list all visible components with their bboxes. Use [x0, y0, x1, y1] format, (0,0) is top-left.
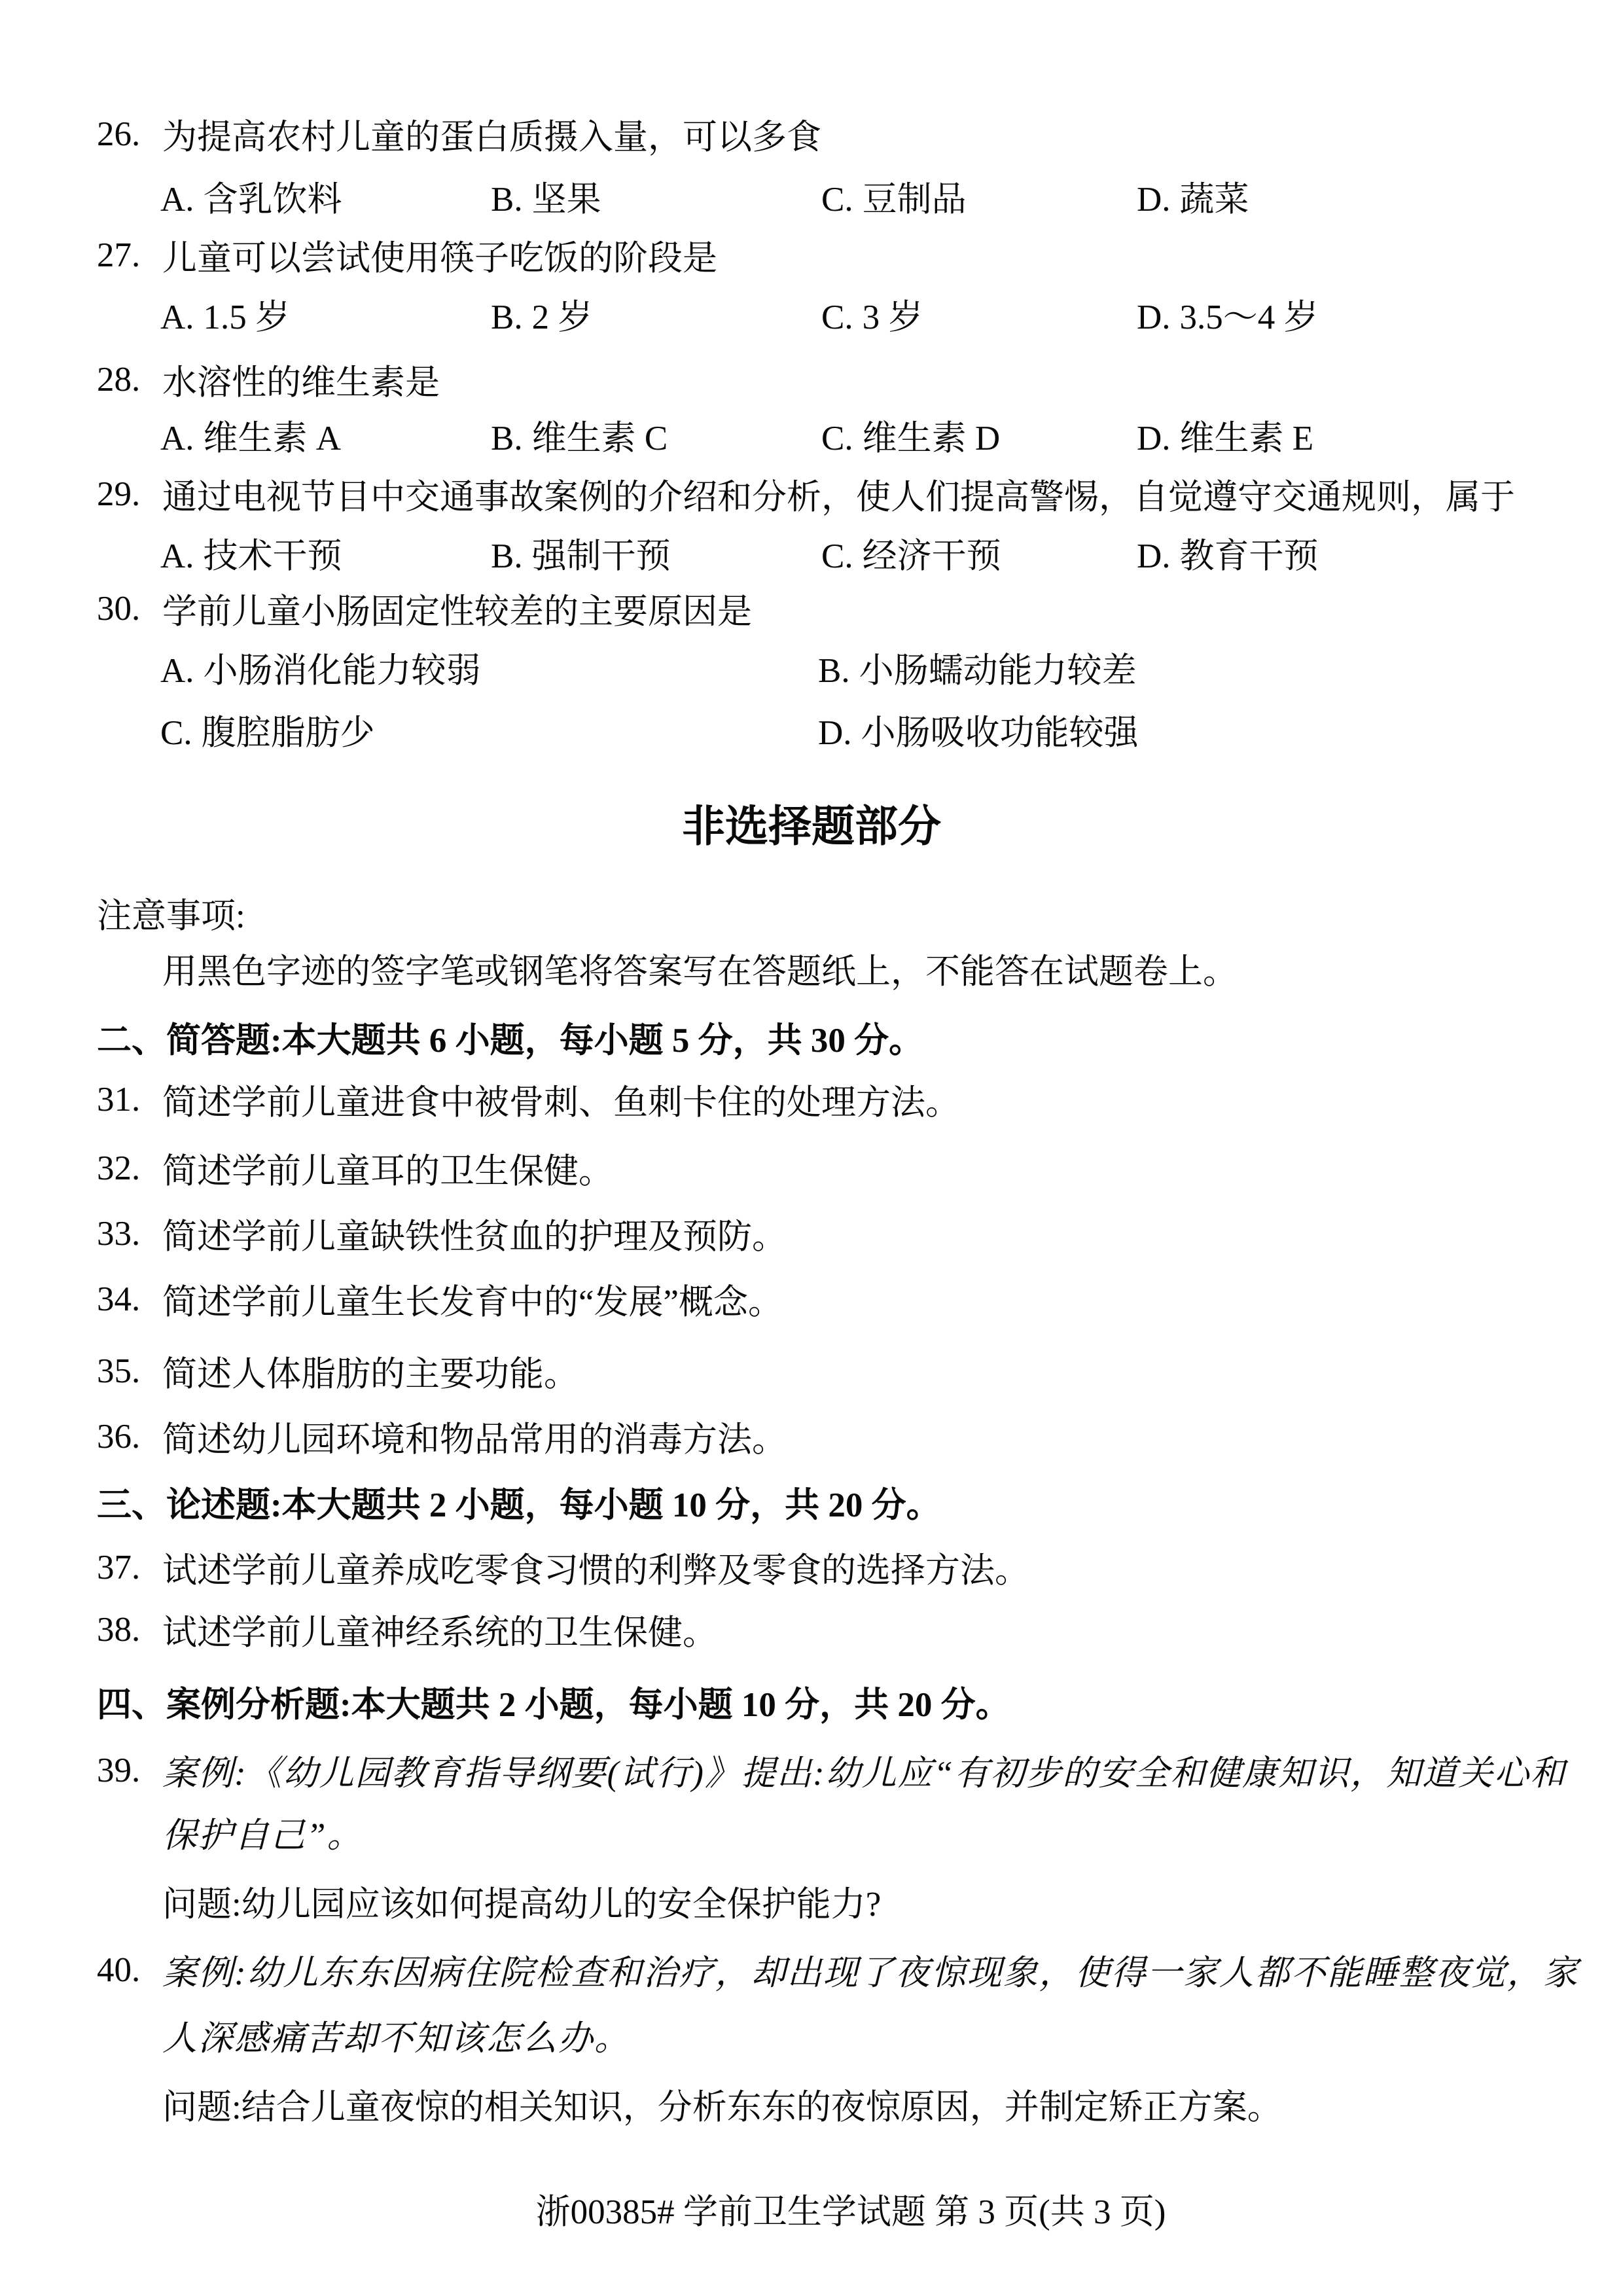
- option-a: A.1.5 岁: [160, 289, 290, 339]
- option-c: C.经济干预: [821, 528, 1001, 578]
- option-label: C.: [821, 298, 853, 336]
- question-text: 简述学前儿童耳的卫生保健。: [162, 1143, 613, 1193]
- option-text: 小肠吸收功能较强: [861, 714, 1139, 752]
- option-text: 维生素 E: [1180, 420, 1314, 457]
- case-question-text: 问题:幼儿园应该如何提高幼儿的安全保护能力?: [162, 1876, 881, 1926]
- option-text: 小肠消化能力较弱: [204, 652, 481, 690]
- question-27-options-row: A.1.5 岁 B.2 岁 C.3 岁 D.3.5～4 岁: [0, 293, 1623, 335]
- question-number: 40.: [97, 1950, 162, 1990]
- section-header-text: 二、简答题:本大题共 6 小题，每小题 5 分，共 30 分。: [97, 1013, 923, 1062]
- option-text: 强制干预: [532, 537, 671, 575]
- notice-label: 注意事项:: [97, 888, 245, 938]
- question-34-line: 34. 简述学前儿童生长发育中的“发展”概念。: [97, 1278, 783, 1320]
- question-30-options-row-2: C.腹腔脂肪少 D.小肠吸收功能较强: [0, 709, 1623, 751]
- question-29-options-row: A.技术干预 B.强制干预 C.经济干预 D.教育干预: [0, 532, 1623, 574]
- option-text: 教育干预: [1180, 537, 1319, 575]
- question-37-line: 37. 试述学前儿童养成吃零食习惯的利弊及零食的选择方法。: [97, 1547, 1029, 1588]
- option-c: C.维生素 D: [821, 410, 1000, 460]
- question-number: 31.: [97, 1080, 162, 1119]
- option-text: 1.5 岁: [204, 298, 291, 336]
- question-number: 26.: [97, 115, 162, 154]
- option-label: A.: [160, 420, 194, 457]
- question-stem: 学前儿童小肠固定性较差的主要原因是: [162, 584, 752, 634]
- case-text: 案例:幼儿东东因病住院检查和治疗，却出现了夜惊现象，使得一家人都不能睡整夜觉，家: [162, 1945, 1579, 1995]
- question-40-case-line-2: 人深感痛苦却不知该怎么办。: [162, 2015, 630, 2056]
- option-a: A.维生素 A: [160, 410, 341, 460]
- question-36-line: 36. 简述幼儿园环境和物品常用的消毒方法。: [97, 1416, 787, 1458]
- question-39-case-line-2: 保护自己”。: [162, 1812, 363, 1854]
- question-32-line: 32. 简述学前儿童耳的卫生保健。: [97, 1147, 613, 1189]
- option-label: B.: [491, 298, 523, 336]
- notice-label-line: 注意事项:: [97, 892, 245, 934]
- case-text: 人深感痛苦却不知该怎么办。: [162, 2011, 630, 2060]
- section-header-text: 四、案例分析题:本大题共 2 小题，每小题 10 分，共 20 分。: [97, 1677, 1010, 1727]
- option-d: D.蔬菜: [1137, 171, 1249, 221]
- option-text: 腹腔脂肪少: [202, 714, 375, 752]
- question-35-line: 35. 简述人体脂肪的主要功能。: [97, 1350, 579, 1392]
- question-number: 28.: [97, 360, 162, 399]
- option-label: D.: [818, 714, 852, 752]
- option-label: B.: [491, 420, 523, 457]
- question-40-question-line: 问题:结合儿童夜惊的相关知识，分析东东的夜惊原因，并制定矫正方案。: [162, 2083, 1282, 2125]
- option-label: B.: [818, 652, 850, 690]
- option-text: 坚果: [532, 181, 601, 219]
- question-number: 27.: [97, 236, 162, 275]
- option-label: A.: [160, 537, 194, 575]
- section-4-header: 四、案例分析题:本大题共 2 小题，每小题 10 分，共 20 分。: [97, 1681, 1010, 1723]
- question-number: 39.: [97, 1751, 162, 1790]
- option-text: 豆制品: [863, 181, 967, 219]
- case-text: 保护自己”。: [162, 1808, 363, 1857]
- question-number: 35.: [97, 1352, 162, 1391]
- question-text: 简述幼儿园环境和物品常用的消毒方法。: [162, 1412, 787, 1462]
- section-2-header: 二、简答题:本大题共 6 小题，每小题 5 分，共 30 分。: [97, 1016, 923, 1058]
- option-d: D.教育干预: [1137, 528, 1319, 578]
- option-label: D.: [1137, 537, 1171, 575]
- option-label: A.: [160, 298, 194, 336]
- question-number: 34.: [97, 1280, 162, 1319]
- exam-paper-page: 26. 为提高农村儿童的蛋白质摄入量，可以多食 A.含乳饮料 B.坚果 C.豆制…: [0, 0, 1623, 2296]
- question-text: 试述学前儿童神经系统的卫生保健。: [162, 1605, 717, 1655]
- question-stem: 水溶性的维生素是: [162, 355, 440, 404]
- question-28-stem-line: 28. 水溶性的维生素是: [97, 359, 440, 401]
- option-text: 3.5～4 岁: [1180, 298, 1319, 336]
- question-30-options-row-1: A.小肠消化能力较弱 B.小肠蠕动能力较差: [0, 647, 1623, 689]
- option-b: B.2 岁: [491, 289, 592, 339]
- question-number: 36.: [97, 1417, 162, 1456]
- question-text: 试述学前儿童养成吃零食习惯的利弊及零食的选择方法。: [162, 1543, 1029, 1592]
- section-3-header: 三、论述题:本大题共 2 小题，每小题 10 分，共 20 分。: [97, 1481, 941, 1523]
- option-b: B.维生素 C: [491, 410, 668, 460]
- case-question-text: 问题:结合儿童夜惊的相关知识，分析东东的夜惊原因，并制定矫正方案。: [162, 2079, 1282, 2129]
- option-text: 小肠蠕动能力较差: [859, 652, 1137, 690]
- option-text: 维生素 D: [863, 420, 1001, 457]
- option-a: A.技术干预: [160, 528, 342, 578]
- question-33-line: 33. 简述学前儿童缺铁性贫血的护理及预防。: [97, 1213, 787, 1255]
- option-b: B.小肠蠕动能力较差: [818, 643, 1137, 692]
- question-stem: 儿童可以尝试使用筷子吃饭的阶段是: [162, 230, 717, 280]
- option-label: D.: [1137, 420, 1171, 457]
- question-text: 简述人体脂肪的主要功能。: [162, 1346, 579, 1396]
- option-label: A.: [160, 181, 194, 219]
- option-text: 维生素 A: [204, 420, 342, 457]
- section-title: 非选择题部分: [0, 800, 1623, 855]
- question-number: 38.: [97, 1610, 162, 1649]
- notice-text: 用黑色字迹的签字笔或钢笔将答案写在答题纸上，不能答在试题卷上。: [162, 944, 1238, 994]
- option-a: A.小肠消化能力较弱: [160, 643, 481, 692]
- section-header-text: 三、论述题:本大题共 2 小题，每小题 10 分，共 20 分。: [97, 1477, 941, 1527]
- option-text: 经济干预: [863, 537, 1001, 575]
- option-label: D.: [1137, 181, 1171, 219]
- option-d: D.维生素 E: [1137, 410, 1313, 460]
- option-text: 维生素 C: [532, 420, 668, 457]
- question-38-line: 38. 试述学前儿童神经系统的卫生保健。: [97, 1609, 717, 1651]
- question-text: 简述学前儿童缺铁性贫血的护理及预防。: [162, 1209, 787, 1259]
- question-31-line: 31. 简述学前儿童进食中被骨刺、鱼刺卡住的处理方法。: [97, 1079, 960, 1121]
- question-number: 33.: [97, 1214, 162, 1253]
- option-label: C.: [821, 537, 853, 575]
- option-b: B.强制干预: [491, 528, 671, 578]
- option-c: C.豆制品: [821, 171, 967, 221]
- question-text: 简述学前儿童生长发育中的“发展”概念。: [162, 1274, 783, 1324]
- option-label: B.: [491, 181, 523, 219]
- question-26-options-row: A.含乳饮料 B.坚果 C.豆制品 D.蔬菜: [0, 175, 1623, 217]
- option-label: B.: [491, 537, 523, 575]
- option-text: 2 岁: [532, 298, 593, 336]
- question-28-options-row: A.维生素 A B.维生素 C C.维生素 D D.维生素 E: [0, 414, 1623, 456]
- option-c: C.腹腔脂肪少: [160, 705, 375, 755]
- option-d: D.3.5～4 岁: [1137, 289, 1319, 339]
- option-b: B.坚果: [491, 171, 601, 221]
- question-40-case-line-1: 40. 案例:幼儿东东因病住院检查和治疗，却出现了夜惊现象，使得一家人都不能睡整…: [97, 1949, 1579, 1991]
- question-stem: 为提高农村儿童的蛋白质摄入量，可以多食: [162, 109, 821, 159]
- question-26-stem-line: 26. 为提高农村儿童的蛋白质摄入量，可以多食: [97, 113, 821, 155]
- question-30-stem-line: 30. 学前儿童小肠固定性较差的主要原因是: [97, 588, 752, 630]
- option-text: 蔬菜: [1180, 181, 1249, 219]
- question-number: 29.: [97, 475, 162, 514]
- question-39-question-line: 问题:幼儿园应该如何提高幼儿的安全保护能力?: [162, 1880, 881, 1922]
- question-39-case-line-1: 39. 案例:《幼儿园教育指导纲要(试行)》提出:幼儿应“有初步的安全和健康知识…: [97, 1749, 1566, 1791]
- option-label: C.: [160, 714, 192, 752]
- question-29-stem-line: 29. 通过电视节目中交通事故案例的介绍和分析，使人们提高警惕，自觉遵守交通规则…: [97, 473, 1515, 515]
- question-number: 37.: [97, 1548, 162, 1587]
- option-text: 技术干预: [204, 537, 342, 575]
- option-label: C.: [821, 420, 853, 457]
- option-d: D.小肠吸收功能较强: [818, 705, 1139, 755]
- option-label: D.: [1137, 298, 1171, 336]
- question-27-stem-line: 27. 儿童可以尝试使用筷子吃饭的阶段是: [97, 234, 717, 276]
- option-text: 含乳饮料: [204, 181, 342, 219]
- question-number: 30.: [97, 589, 162, 628]
- option-text: 3 岁: [863, 298, 923, 336]
- option-label: A.: [160, 652, 194, 690]
- question-number: 32.: [97, 1149, 162, 1188]
- question-text: 简述学前儿童进食中被骨刺、鱼刺卡住的处理方法。: [162, 1075, 960, 1124]
- option-label: C.: [821, 181, 853, 219]
- notice-text-line: 用黑色字迹的签字笔或钢笔将答案写在答题纸上，不能答在试题卷上。: [162, 948, 1238, 990]
- option-a: A.含乳饮料: [160, 171, 342, 221]
- case-text: 案例:《幼儿园教育指导纲要(试行)》提出:幼儿应“有初步的安全和健康知识，知道关…: [162, 1746, 1566, 1795]
- page-footer: 浙00385# 学前卫生学试题 第 3 页(共 3 页): [39, 2191, 1623, 2233]
- question-stem: 通过电视节目中交通事故案例的介绍和分析，使人们提高警惕，自觉遵守交通规则，属于: [162, 469, 1515, 519]
- option-c: C.3 岁: [821, 289, 923, 339]
